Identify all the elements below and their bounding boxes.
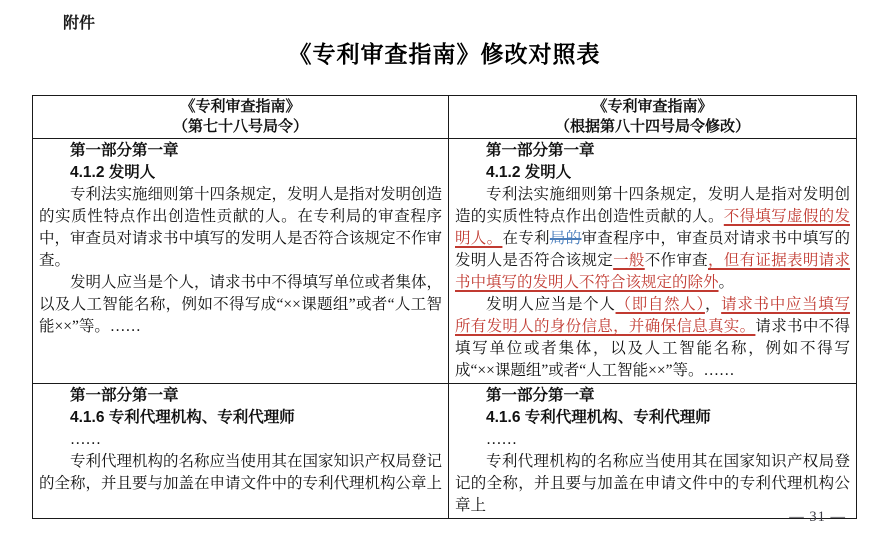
table-cell: 第一部分第一章4.1.6 专利代理机构、专利代理师……专利代理机构的名称应当使用…: [449, 384, 857, 519]
added-text: （即自然人）: [616, 296, 705, 313]
text-segment: ，: [705, 296, 721, 313]
text-segment: 专利代理机构的名称应当使用其在国家知识产权局登记的全称，并且要与加盖在申请文件中…: [455, 453, 850, 514]
table-cell: 第一部分第一章4.1.2 发明人专利法实施细则第十四条规定，发明人是指对发明创造…: [449, 139, 857, 384]
section-heading: 第一部分第一章: [39, 385, 442, 407]
table-row: 第一部分第一章4.1.2 发明人专利法实施细则第十四条规定，发明人是指对发明创造…: [33, 139, 857, 384]
text-segment: 发明人应当是个人: [486, 296, 616, 313]
header-original-subtitle: （第七十八号局令）: [33, 117, 448, 137]
table-row: 第一部分第一章4.1.6 专利代理机构、专利代理师……专利代理机构的名称应当使用…: [33, 384, 857, 519]
paragraph: 专利代理机构的名称应当使用其在国家知识产权局登记的全称，并且要与加盖在申请文件中…: [455, 451, 850, 517]
header-original-title: 《专利审查指南》: [33, 97, 448, 117]
header-cell-original: 《专利审查指南》 （第七十八号局令）: [33, 96, 449, 139]
section-heading: 4.1.6 专利代理机构、专利代理师: [455, 407, 850, 429]
text-segment: 在专利: [502, 230, 549, 247]
table-body: 第一部分第一章4.1.2 发明人专利法实施细则第十四条规定，发明人是指对发明创造…: [33, 139, 857, 519]
table-cell: 第一部分第一章4.1.2 发明人专利法实施细则第十四条规定，发明人是指对发明创造…: [33, 139, 449, 384]
paragraph: 发明人应当是个人（即自然人），请求书中应当填写所有发明人的身份信息，并确保信息真…: [455, 294, 850, 382]
section-heading: 4.1.2 发明人: [455, 162, 850, 184]
header-revised-subtitle: （根据第八十四号局令修改）: [449, 117, 856, 137]
attachment-label: 附件: [63, 10, 95, 33]
header-revised-title: 《专利审查指南》: [449, 97, 856, 117]
paragraph: ……: [455, 429, 850, 451]
section-heading: 第一部分第一章: [455, 140, 850, 162]
section-heading: 4.1.2 发明人: [39, 162, 442, 184]
paragraph: 专利法实施细则第十四条规定，发明人是指对发明创造的实质性特点作出创造性贡献的人。…: [455, 184, 850, 294]
deleted-text: 局的: [550, 230, 582, 247]
paragraph: 发明人应当是个人，请求书中不得填写单位或者集体，以及人工智能名称，例如不得写成“…: [39, 272, 442, 338]
section-heading: 4.1.6 专利代理机构、专利代理师: [39, 407, 442, 429]
section-heading: 第一部分第一章: [39, 140, 442, 162]
text-segment: 专利法实施细则第十四条规定，发明人是指对发明创造的实质性特点作出创造性贡献的人。…: [39, 186, 442, 269]
text-segment: 专利代理机构的名称应当使用其在国家知识产权局登记的全称，并且要与加盖在申请文件中…: [39, 453, 442, 492]
text-segment: 。: [719, 274, 735, 291]
table-header-row: 《专利审查指南》 （第七十八号局令） 《专利审查指南》 （根据第八十四号局令修改…: [33, 96, 857, 139]
text-segment: 发明人应当是个人，请求书中不得填写单位或者集体，以及人工智能名称，例如不得写成“…: [39, 274, 442, 335]
comparison-table: 《专利审查指南》 （第七十八号局令） 《专利审查指南》 （根据第八十四号局令修改…: [32, 95, 857, 519]
added-text: 一般: [613, 252, 645, 269]
header-cell-revised: 《专利审查指南》 （根据第八十四号局令修改）: [449, 96, 857, 139]
document-page: 附件 《专利审查指南》修改对照表 《专利审查指南》 （第七十八号局令） 《专利审…: [0, 0, 889, 550]
text-segment: ……: [486, 431, 517, 448]
paragraph: 专利法实施细则第十四条规定，发明人是指对发明创造的实质性特点作出创造性贡献的人。…: [39, 184, 442, 272]
section-heading: 第一部分第一章: [455, 385, 850, 407]
text-segment: 不作审查: [645, 252, 708, 269]
paragraph: 专利代理机构的名称应当使用其在国家知识产权局登记的全称，并且要与加盖在申请文件中…: [39, 451, 442, 495]
paragraph: ……: [39, 429, 442, 451]
page-title: 《专利审查指南》修改对照表: [0, 36, 889, 69]
table-cell: 第一部分第一章4.1.6 专利代理机构、专利代理师……专利代理机构的名称应当使用…: [33, 384, 449, 519]
page-number: — 31 —: [789, 509, 846, 526]
text-segment: ……: [70, 431, 101, 448]
